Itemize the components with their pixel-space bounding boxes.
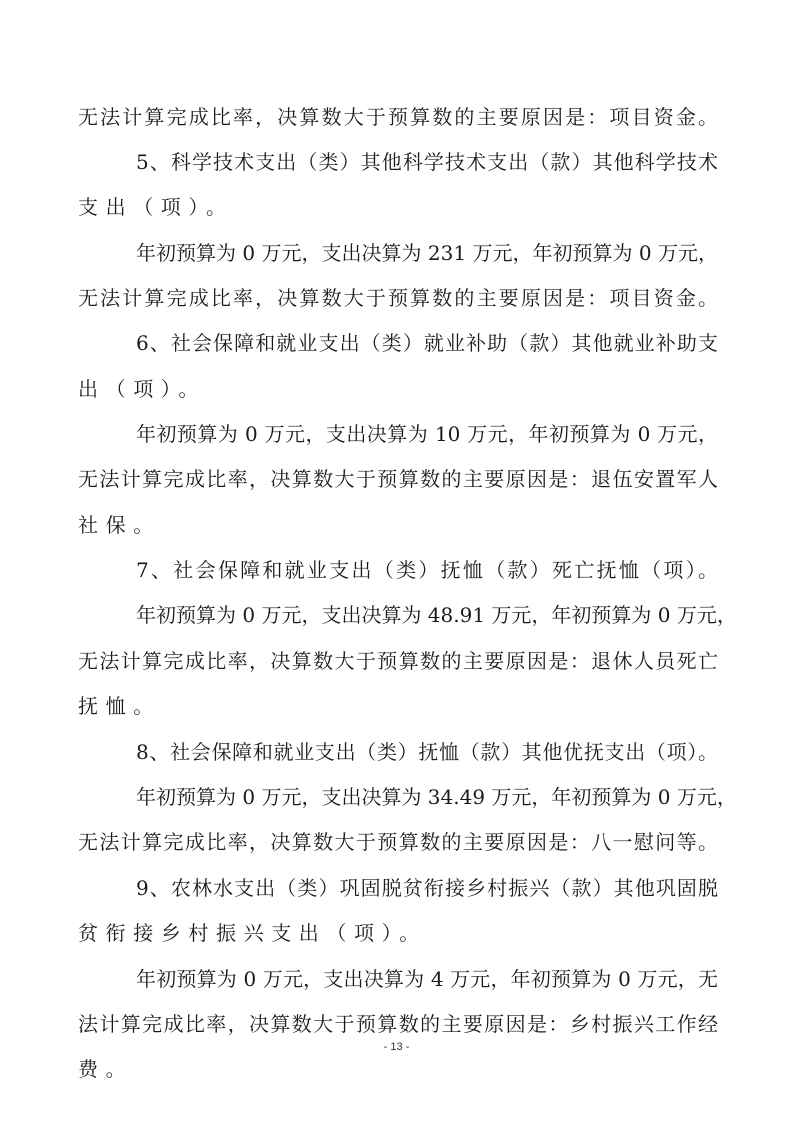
text-line: 法计算完成比率，决算数大于预算数的主要原因是：乡村振兴工作经	[78, 1009, 718, 1039]
text-line: 费。	[78, 1054, 718, 1084]
text-line: 6、社会保障和就业支出（类）就业补助（款）其他就业补助支	[136, 328, 718, 358]
text-line: 无法计算完成比率，决算数大于预算数的主要原因是：八一慰问等。	[78, 827, 718, 857]
text-line: 8、社会保障和就业支出（类）抚恤（款）其他优抚支出（项）。	[136, 737, 718, 767]
text-line: 支出（项）。	[78, 192, 718, 222]
text-line: 7、社会保障和就业支出（类）抚恤（款）死亡抚恤（项）。	[136, 555, 718, 585]
text-line: 年初预算为 0 万元，支出决算为 231 万元，年初预算为 0 万元，	[136, 238, 718, 268]
text-line: 5、科学技术支出（类）其他科学技术支出（款）其他科学技术	[136, 147, 718, 177]
text-line: 无法计算完成比率，决算数大于预算数的主要原因是：项目资金。	[78, 283, 718, 313]
text-line: 社保。	[78, 510, 718, 540]
text-line: 无法计算完成比率，决算数大于预算数的主要原因是：项目资金。	[78, 102, 718, 132]
text-line: 年初预算为 0 万元，支出决算为 4 万元，年初预算为 0 万元，无	[136, 964, 718, 994]
text-line: 抚恤。	[78, 691, 718, 721]
text-line: 贫衔接乡村振兴支出（项）。	[78, 918, 718, 948]
text-line: 无法计算完成比率，决算数大于预算数的主要原因是：退伍安置军人	[78, 464, 718, 494]
page-number: - 13 -	[0, 1041, 793, 1053]
text-line: 出（项）。	[78, 374, 718, 404]
text-line: 年初预算为 0 万元，支出决算为 10 万元，年初预算为 0 万元，	[136, 419, 718, 449]
text-line: 年初预算为 0 万元，支出决算为 48.91 万元，年初预算为 0 万元，	[136, 600, 718, 630]
document-page: 无法计算完成比率，决算数大于预算数的主要原因是：项目资金。5、科学技术支出（类）…	[0, 0, 793, 1122]
text-line: 年初预算为 0 万元，支出决算为 34.49 万元，年初预算为 0 万元，	[136, 782, 718, 812]
text-line: 9、农林水支出（类）巩固脱贫衔接乡村振兴（款）其他巩固脱	[136, 873, 718, 903]
text-line: 无法计算完成比率，决算数大于预算数的主要原因是：退休人员死亡	[78, 646, 718, 676]
